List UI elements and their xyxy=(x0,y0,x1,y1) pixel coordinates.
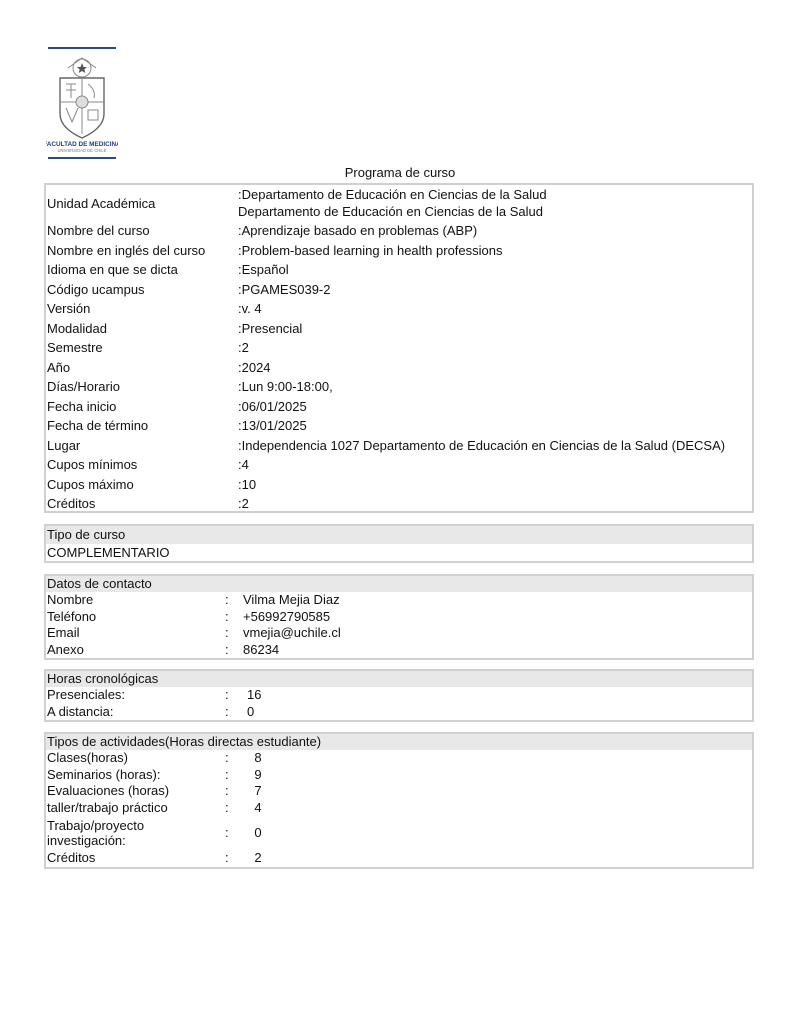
field-label: Fecha inicio xyxy=(47,399,238,414)
field-value: :06/01/2025 xyxy=(238,399,752,414)
hours-row: Presenciales::16 xyxy=(46,687,752,704)
table-row: Nombre en inglés del curso:Problem-based… xyxy=(46,241,752,261)
field-value: :Español xyxy=(238,262,752,277)
field-value: :2 xyxy=(238,496,752,511)
section-header: Horas cronológicas xyxy=(46,671,752,687)
table-row: Nombre del curso:Aprendizaje basado en p… xyxy=(46,221,752,241)
table-row: Días/Horario:Lun 9:00-18:00, xyxy=(46,377,752,397)
contact-extension: 86234 xyxy=(243,642,752,659)
field-label: Nombre en inglés del curso xyxy=(47,243,238,258)
faculty-logo: FACULTAD DE MEDICINA UNIVERSIDAD DE CHIL… xyxy=(46,46,118,160)
field-value: :Lun 9:00-18:00, xyxy=(238,379,752,394)
activity-row: taller/trabajo práctico:4 xyxy=(46,800,752,817)
field-value: :Problem-based learning in health profes… xyxy=(238,243,752,258)
contact-phone: +56992790585 xyxy=(243,609,752,626)
activity-row: Evaluaciones (horas):7 xyxy=(46,783,752,800)
field-label: Cupos máximo xyxy=(47,477,238,492)
field-label: Modalidad xyxy=(47,321,238,336)
activities-section: Tipos de actividades(Horas directas estu… xyxy=(44,732,754,869)
table-row: Cupos máximo:10 xyxy=(46,475,752,495)
hours-section: Horas cronológicas Presenciales::16 A di… xyxy=(44,669,754,722)
table-row: Fecha de término:13/01/2025 xyxy=(46,416,752,436)
field-label: Cupos mínimos xyxy=(47,457,238,472)
field-value: :Independencia 1027 Departamento de Educ… xyxy=(238,438,752,453)
field-value: :4 xyxy=(238,457,752,472)
field-label: Días/Horario xyxy=(47,379,238,394)
activity-row: Seminarios (horas)::9 xyxy=(46,767,752,784)
field-label: Año xyxy=(47,360,238,375)
contact-row: Anexo:86234 xyxy=(46,642,752,659)
field-label: Unidad Académica xyxy=(47,196,238,211)
table-row: Código ucampus:PGAMES039-2 xyxy=(46,280,752,300)
contact-row: Nombre:Vilma Mejia Diaz xyxy=(46,592,752,609)
activity-row: Créditos:2 xyxy=(46,850,752,867)
field-value: :Aprendizaje basado en problemas (ABP) xyxy=(238,223,752,238)
field-label: Créditos xyxy=(47,496,238,511)
field-value: :v. 4 xyxy=(238,301,752,316)
field-value: :2 xyxy=(238,340,752,355)
contact-name: Vilma Mejia Diaz xyxy=(243,592,752,609)
course-type-section: Tipo de curso COMPLEMENTARIO xyxy=(44,524,754,563)
page-title: Programa de curso xyxy=(0,165,800,180)
activity-row: Clases(horas):8 xyxy=(46,750,752,767)
field-label: Versión xyxy=(47,301,238,316)
field-value: :13/01/2025 xyxy=(238,418,752,433)
field-value: :Presencial xyxy=(238,321,752,336)
section-header: Datos de contacto xyxy=(46,576,752,592)
table-row: Idioma en que se dicta:Español xyxy=(46,260,752,280)
section-header: Tipo de curso xyxy=(46,526,752,544)
hours-row: A distancia::0 xyxy=(46,704,752,721)
table-row: Cupos mínimos:4 xyxy=(46,455,752,475)
table-row: Modalidad:Presencial xyxy=(46,319,752,339)
table-row: Unidad Académica :Departamento de Educac… xyxy=(46,185,752,221)
field-label: Lugar xyxy=(47,438,238,453)
contact-section: Datos de contacto Nombre:Vilma Mejia Dia… xyxy=(44,574,754,660)
field-label: Fecha de término xyxy=(47,418,238,433)
field-label: Semestre xyxy=(47,340,238,355)
svg-text:FACULTAD DE MEDICINA: FACULTAD DE MEDICINA xyxy=(46,141,118,148)
course-type-value: COMPLEMENTARIO xyxy=(46,544,752,561)
contact-email: vmejia@uchile.cl xyxy=(243,625,752,642)
field-value: :PGAMES039-2 xyxy=(238,282,752,297)
svg-text:UNIVERSIDAD DE CHILE: UNIVERSIDAD DE CHILE xyxy=(57,148,106,153)
field-label: Código ucampus xyxy=(47,282,238,297)
university-crest-icon: FACULTAD DE MEDICINA UNIVERSIDAD DE CHIL… xyxy=(46,46,118,160)
activity-row: Trabajo/proyectoinvestigación: :0 xyxy=(46,816,752,850)
section-header: Tipos de actividades(Horas directas estu… xyxy=(46,734,752,750)
course-info-table: Unidad Académica :Departamento de Educac… xyxy=(44,183,754,513)
table-row: Lugar:Independencia 1027 Departamento de… xyxy=(46,436,752,456)
table-row: Versión:v. 4 xyxy=(46,299,752,319)
field-value: :Departamento de Educación en Ciencias d… xyxy=(238,186,752,220)
table-row: Semestre:2 xyxy=(46,338,752,358)
field-label: Idioma en que se dicta xyxy=(47,262,238,277)
field-label: Nombre del curso xyxy=(47,223,238,238)
table-row: Fecha inicio:06/01/2025 xyxy=(46,397,752,417)
table-row: Año:2024 xyxy=(46,358,752,378)
field-value: :2024 xyxy=(238,360,752,375)
contact-row: Email:vmejia@uchile.cl xyxy=(46,625,752,642)
contact-row: Teléfono:+56992790585 xyxy=(46,609,752,626)
field-value: :10 xyxy=(238,477,752,492)
table-row: Créditos:2 xyxy=(46,494,752,514)
